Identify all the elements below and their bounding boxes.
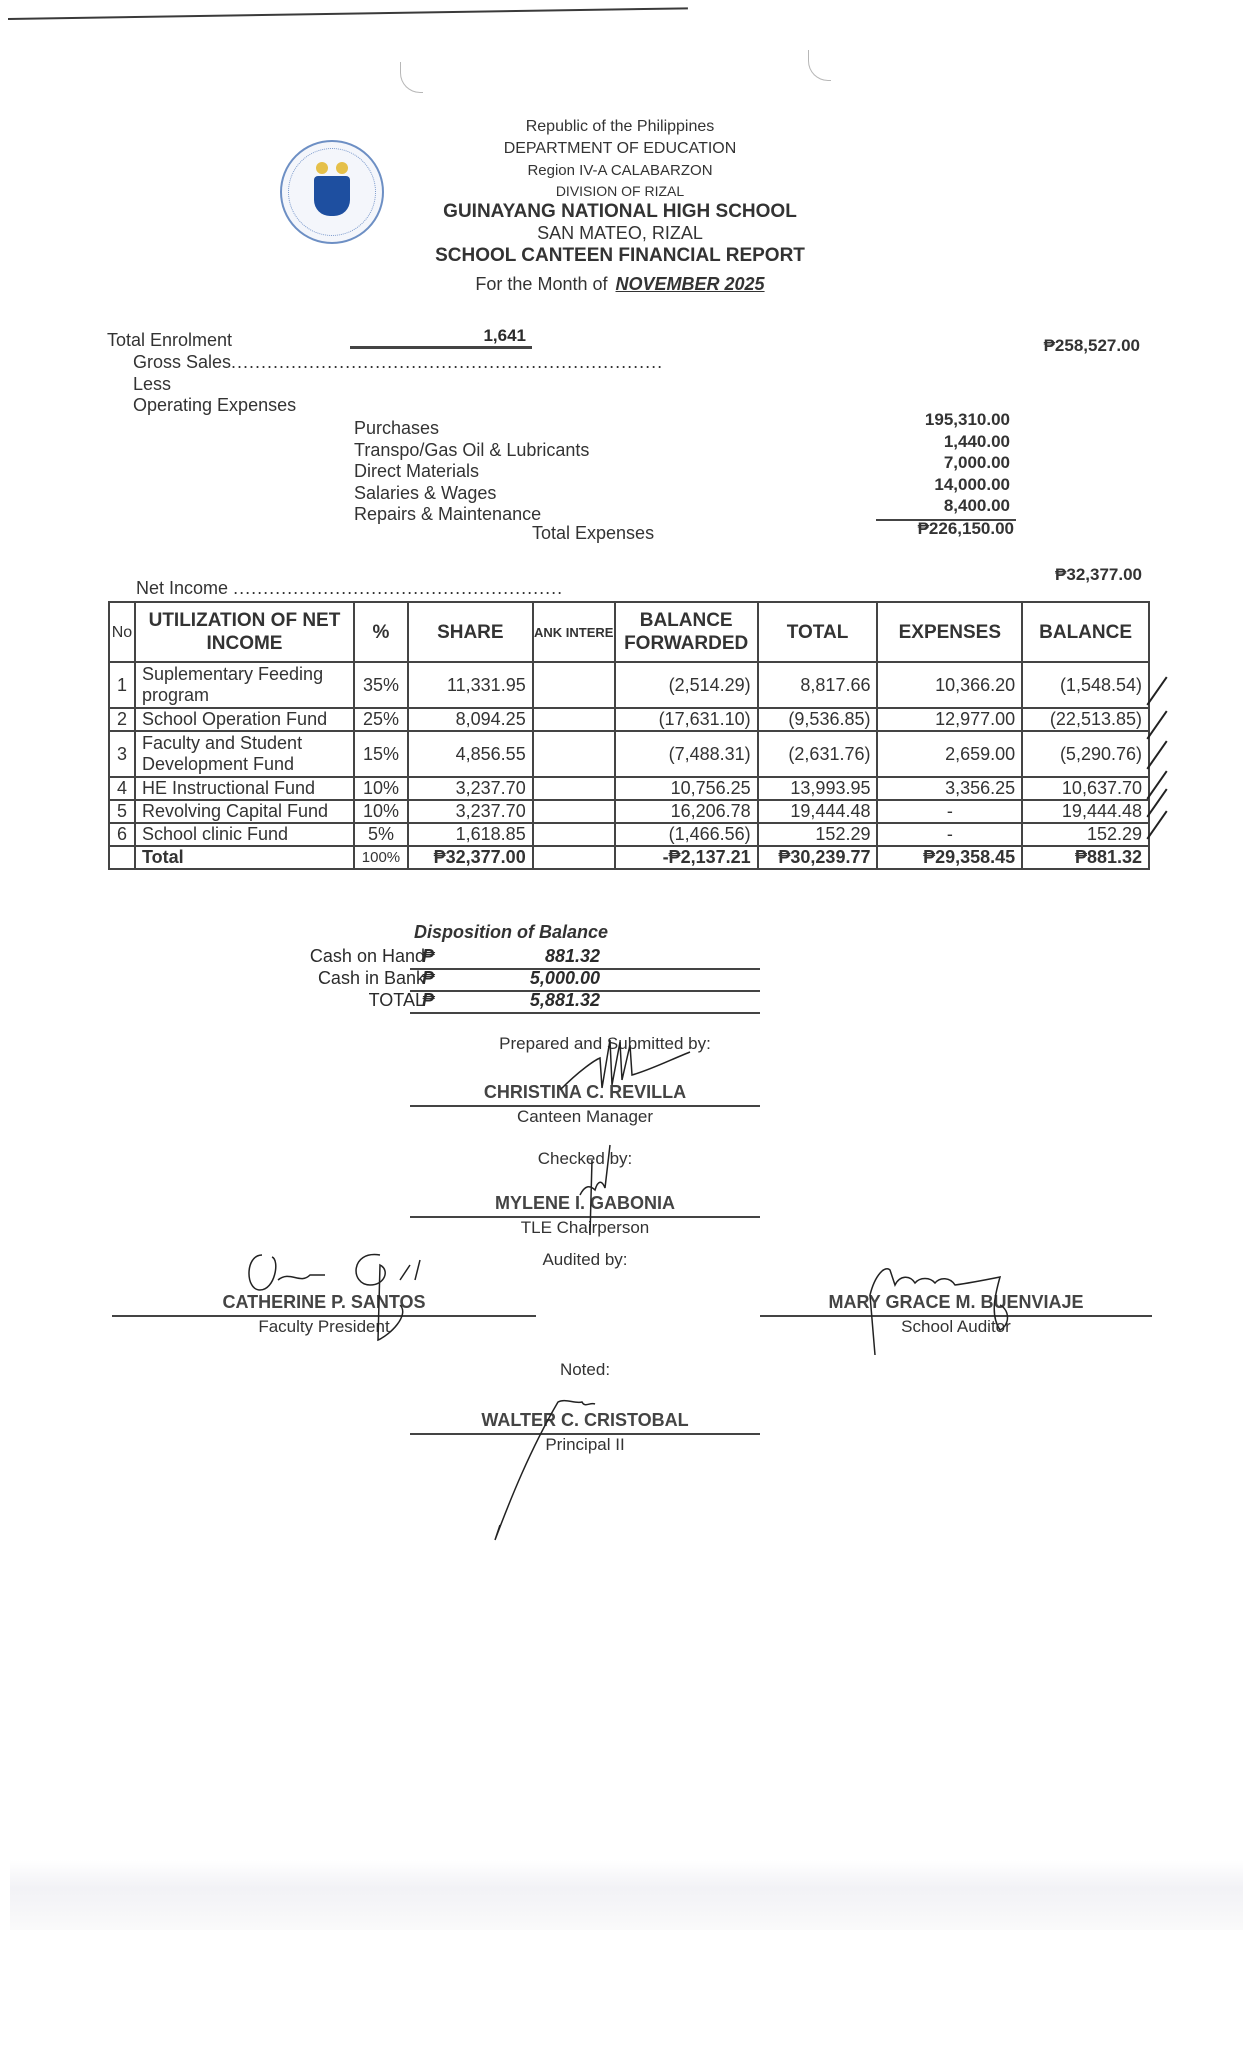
expense-label: Transpo/Gas Oil & Lubricants (354, 440, 589, 461)
cell-bank-interest (533, 708, 615, 731)
total-bank-interest (533, 846, 615, 869)
net-income-value: ₱32,377.00 (990, 565, 1142, 585)
punch-hole-mark (400, 62, 423, 93)
cell-balance-forwarded: (7,488.31) (615, 731, 758, 777)
cell-bank-interest (533, 731, 615, 777)
disposition-label: Cash on Hand (285, 946, 425, 967)
audited-caption: Audited by: (410, 1250, 760, 1270)
signature-mark (490, 1390, 610, 1550)
expense-value: 195,310.00 (860, 410, 1010, 430)
cell-no: 3 (109, 731, 135, 777)
signature-mark (550, 1140, 630, 1240)
total-expenses: ₱29,358.45 (877, 846, 1022, 869)
cell-balance-forwarded: 10,756.25 (615, 777, 758, 800)
expense-label: Direct Materials (354, 461, 479, 482)
operating-expenses-label: Operating Expenses (133, 395, 296, 416)
cell-no: 1 (109, 662, 135, 708)
enrolment-value: 1,641 (350, 326, 532, 349)
total-expenses-label: Total Expenses (532, 523, 654, 544)
net-income-row: Net Income .............................… (136, 578, 563, 599)
cell-no: 5 (109, 800, 135, 823)
cell-pct: 10% (354, 800, 408, 823)
cell-name: Revolving Capital Fund (135, 800, 354, 823)
peso-sign: ₱ (422, 990, 434, 1011)
punch-hole-mark (808, 50, 831, 81)
disposition-value: 5,881.32 (470, 990, 600, 1011)
cell-total: 152.29 (758, 823, 878, 846)
cell-balance-forwarded: (1,466.56) (615, 823, 758, 846)
deped-seal-icon (280, 140, 384, 244)
report-period: For the Month ofNOVEMBER 2025 (390, 274, 850, 295)
disposition-row: TOTAL₱5,881.32 (270, 990, 760, 1012)
table-row: 4HE Instructional Fund10%3,237.7010,756.… (109, 777, 1149, 800)
cell-expenses: 10,366.20 (877, 662, 1022, 708)
signature-mark (240, 1245, 440, 1345)
disposition-value: 881.32 (470, 946, 600, 967)
cell-total: (2,631.76) (758, 731, 878, 777)
disposition-title: Disposition of Balance (414, 922, 608, 943)
table-row: 2School Operation Fund25%8,094.25(17,631… (109, 708, 1149, 731)
cell-total: 13,993.95 (758, 777, 878, 800)
cell-name: School Operation Fund (135, 708, 354, 731)
cell-pct: 5% (354, 823, 408, 846)
cell-balance-forwarded: 16,206.78 (615, 800, 758, 823)
cell-expenses: - (877, 823, 1022, 846)
total-balance-forwarded: -₱2,137.21 (615, 846, 758, 869)
peso-sign: ₱ (422, 946, 434, 967)
gross-sales-label: Gross Sales (133, 352, 231, 372)
table-row: 3Faculty and Student Development Fund15%… (109, 731, 1149, 777)
total-share: ₱32,377.00 (408, 846, 533, 869)
cell-share: 11,331.95 (408, 662, 533, 708)
cell-name: Suplementary Feeding program (135, 662, 354, 708)
header-republic: Republic of the Philippines (390, 118, 850, 136)
cell-share: 1,618.85 (408, 823, 533, 846)
utilization-table: No UTILIZATION OF NET INCOME % SHARE ANK… (108, 601, 1150, 870)
expense-label: Purchases (354, 418, 439, 439)
disposition-value: 5,000.00 (470, 968, 600, 989)
cell-balance: 152.29 (1022, 823, 1149, 846)
noted-caption: Noted: (410, 1360, 760, 1380)
cell-bank-interest (533, 800, 615, 823)
signature-mark (540, 1030, 700, 1100)
cell-balance: 10,637.70 (1022, 777, 1149, 800)
col-balance-forwarded: BALANCE FORWARDED (615, 602, 758, 662)
leader-dots: ........................................… (231, 352, 663, 372)
header-department: DEPARTMENT OF EDUCATION (390, 140, 850, 158)
cell-name: School clinic Fund (135, 823, 354, 846)
cell-balance: (22,513.85) (1022, 708, 1149, 731)
school-location: SAN MATEO, RIZAL (390, 223, 850, 244)
cell-no: 4 (109, 777, 135, 800)
table-header-row: No UTILIZATION OF NET INCOME % SHARE ANK… (109, 602, 1149, 662)
total-total: ₱30,239.77 (758, 846, 878, 869)
cell-expenses: 3,356.25 (877, 777, 1022, 800)
expense-label: Repairs & Maintenance (354, 504, 541, 525)
sun-icon (316, 162, 328, 174)
cell-balance: 19,444.48 (1022, 800, 1149, 823)
cell-name: Faculty and Student Development Fund (135, 731, 354, 777)
cell-bank-interest (533, 777, 615, 800)
disposition-label: Cash in Bank (285, 968, 425, 989)
underline (410, 1012, 760, 1014)
less-label: Less (133, 374, 171, 395)
cell-balance: (1,548.54) (1022, 662, 1149, 708)
cell-expenses: 12,977.00 (877, 708, 1022, 731)
header-region: Region IV-A CALABARZON (390, 162, 850, 179)
peso-sign: ₱ (422, 968, 434, 989)
cell-share: 3,237.70 (408, 800, 533, 823)
expense-value: 1,440.00 (860, 432, 1010, 452)
col-percent: % (354, 602, 408, 662)
total-balance: ₱881.32 (1022, 846, 1149, 869)
header-division: DIVISION OF RIZAL (390, 183, 850, 199)
scan-edge-line (8, 7, 688, 20)
expense-label: Salaries & Wages (354, 483, 496, 504)
cell-expenses: 2,659.00 (877, 731, 1022, 777)
cell-balance-forwarded: (17,631.10) (615, 708, 758, 731)
expense-value: 8,400.00 (860, 496, 1010, 516)
cell-balance: (5,290.76) (1022, 731, 1149, 777)
cell-pct: 10% (354, 777, 408, 800)
month-label: For the Month of (475, 274, 607, 294)
month-value: NOVEMBER 2025 (616, 274, 765, 294)
table-row: 6School clinic Fund5%1,618.85(1,466.56)1… (109, 823, 1149, 846)
cell-total: (9,536.85) (758, 708, 878, 731)
cell-share: 4,856.55 (408, 731, 533, 777)
scan-artifact-band (10, 1860, 1243, 1930)
disposition-label: TOTAL (285, 990, 425, 1011)
sun-icon (336, 162, 348, 174)
signature-mark (860, 1255, 1080, 1365)
col-share: SHARE (408, 602, 533, 662)
cell-total: 19,444.48 (758, 800, 878, 823)
expense-value: 7,000.00 (860, 453, 1010, 473)
col-utilization: UTILIZATION OF NET INCOME (135, 602, 354, 662)
col-balance: BALANCE (1022, 602, 1149, 662)
report-title: SCHOOL CANTEEN FINANCIAL REPORT (390, 245, 850, 267)
signatory-role: Canteen Manager (410, 1107, 760, 1127)
disposition-row: Cash in Bank₱5,000.00 (270, 968, 760, 990)
col-expenses: EXPENSES (877, 602, 1022, 662)
cell-no: 6 (109, 823, 135, 846)
cell-share: 8,094.25 (408, 708, 533, 731)
cell-bank-interest (533, 823, 615, 846)
enrolment-label: Total Enrolment (107, 330, 232, 351)
disposition-row: Cash on Hand₱881.32 (270, 946, 760, 968)
total-pct: 100% (354, 846, 408, 869)
cell-bank-interest (533, 662, 615, 708)
net-income-label: Net Income (136, 578, 228, 598)
cell-pct: 15% (354, 731, 408, 777)
cell-pct: 35% (354, 662, 408, 708)
col-no: No (109, 602, 135, 662)
expense-value: 14,000.00 (860, 475, 1010, 495)
cell-total: 8,817.66 (758, 662, 878, 708)
cell-balance-forwarded: (2,514.29) (615, 662, 758, 708)
gross-sales-row: Gross Sales.............................… (133, 352, 663, 373)
gross-sales-value: ₱258,527.00 (980, 336, 1140, 356)
col-bank-interest: ANK INTERE (533, 602, 615, 662)
total-label: Total (135, 846, 354, 869)
total-no (109, 846, 135, 869)
cell-share: 3,237.70 (408, 777, 533, 800)
cell-name: HE Instructional Fund (135, 777, 354, 800)
total-expenses-value: ₱226,150.00 (860, 519, 1014, 539)
leader-dots: ........................................… (233, 578, 563, 598)
cell-no: 2 (109, 708, 135, 731)
table-total-row: Total100%₱32,377.00-₱2,137.21₱30,239.77₱… (109, 846, 1149, 869)
table-row: 1Suplementary Feeding program35%11,331.9… (109, 662, 1149, 708)
school-name: GUINAYANG NATIONAL HIGH SCHOOL (390, 201, 850, 223)
cell-pct: 25% (354, 708, 408, 731)
shield-icon (314, 176, 350, 216)
col-total: TOTAL (758, 602, 878, 662)
table-row: 5Revolving Capital Fund10%3,237.7016,206… (109, 800, 1149, 823)
cell-expenses: - (877, 800, 1022, 823)
